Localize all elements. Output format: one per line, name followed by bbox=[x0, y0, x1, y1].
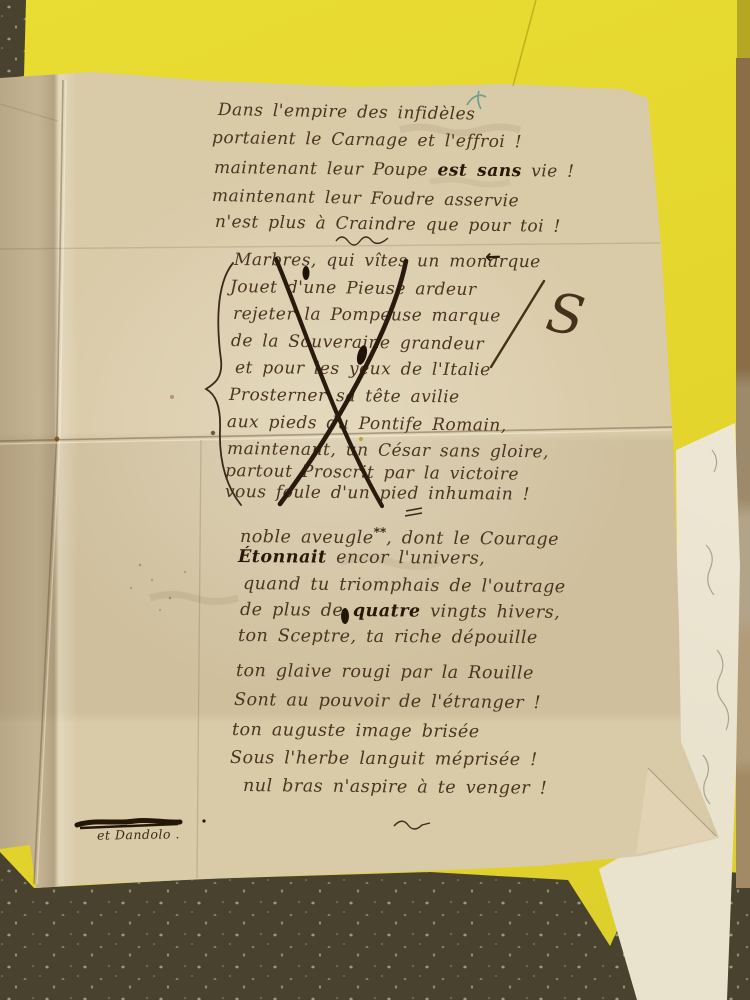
line-segment: , dont le Courage bbox=[386, 528, 559, 550]
line-segment: vingts hivers, bbox=[421, 602, 561, 623]
poem-line: ton glaive rougi par la Rouille bbox=[236, 661, 534, 685]
poem-line: nul bras n'aspire à te venger ! bbox=[243, 776, 547, 800]
poem-line: aux pieds du Pontife Romain, bbox=[227, 412, 507, 436]
poem-line: portaient le Carnage et l'effroi ! bbox=[212, 128, 522, 153]
line-segment: noble aveugle bbox=[240, 527, 374, 548]
poem-line: Prosterner sa tête avilie bbox=[229, 385, 460, 408]
margin-arrow: ← bbox=[485, 246, 502, 269]
photograph-of-manuscript: Dans l'empire des infidèles portaient le… bbox=[0, 0, 750, 1000]
line-segment: maintenant leur Poupe bbox=[214, 158, 438, 180]
poem-line: de la Souveraine grandeur bbox=[231, 331, 484, 355]
poem-line: Jouet d'une Pieuse ardeur bbox=[230, 277, 477, 300]
poem-line: et pour les yeux de l'Italie bbox=[235, 358, 491, 381]
right-edge-strip bbox=[736, 58, 750, 888]
footnote-dandolo: et Dandolo . bbox=[97, 826, 180, 842]
overwritten-words: est sans bbox=[437, 160, 521, 181]
overwritten-word: quatre bbox=[353, 601, 421, 622]
poem-line: Sont au pouvoir de l'étranger ! bbox=[234, 690, 541, 714]
poem-line: ton auguste image brisée bbox=[232, 720, 480, 743]
yellow-corner-shadow bbox=[737, 0, 750, 62]
poem-line: vous foule d'un pied inhumain ! bbox=[225, 482, 530, 505]
poem-line: Étonnait encor l'univers, bbox=[238, 547, 485, 570]
poem-line: de plus de quatre vingts hivers, bbox=[240, 600, 560, 624]
footnote-reference-mark: ** bbox=[374, 525, 387, 539]
line-segment: encor l'univers, bbox=[327, 548, 486, 569]
overwritten-word: Étonnait bbox=[238, 547, 327, 568]
poem-line: partout Proscrit par la victoire bbox=[225, 461, 519, 485]
poem-line: quand tu triomphais de l'outrage bbox=[243, 574, 566, 598]
poem-line: rejeter la Pompeuse marque bbox=[233, 304, 501, 327]
poem-line: Sous l'herbe languit méprisée ! bbox=[230, 748, 538, 771]
line-segment: de plus de bbox=[240, 600, 353, 621]
poem-line: ton Sceptre, ta riche dépouille bbox=[238, 626, 538, 649]
line-segment: vie ! bbox=[522, 161, 575, 182]
poem-line: maintenant, un César sans gloire, bbox=[227, 439, 549, 463]
poem-line: maintenant leur Poupe est sans vie ! bbox=[214, 158, 575, 182]
